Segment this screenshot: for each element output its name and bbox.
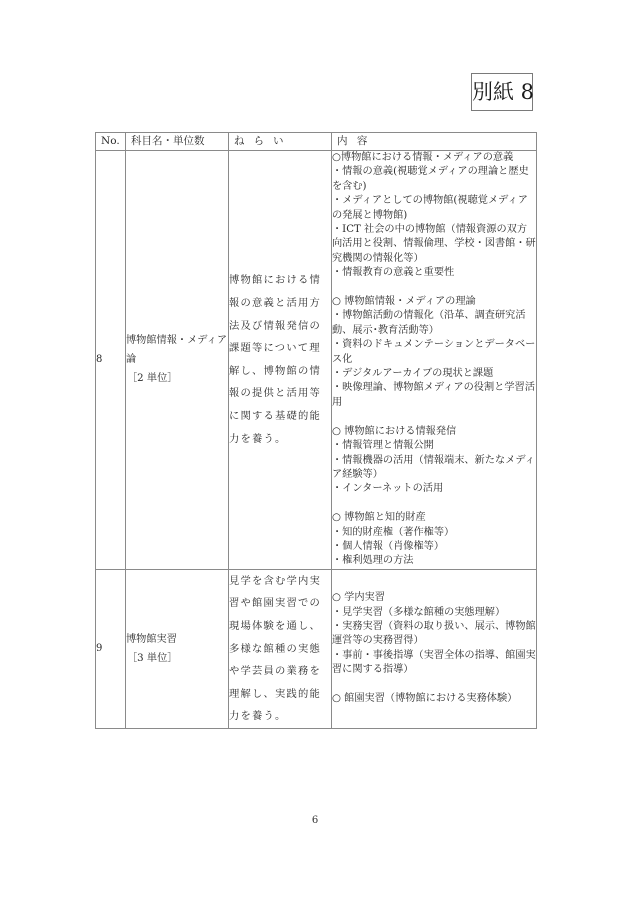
subject-name: 博物館実習 [126, 634, 177, 645]
content-item: ・実務実習（資料の取り扱い、展示、博物館運営等の実務習得） [332, 620, 536, 649]
subject-credits: ［2 単位］ [126, 369, 228, 388]
subject-cell: 博物館実習 ［3 単位］ [126, 569, 229, 728]
header-content: 内 容 [332, 133, 537, 151]
content-item: ・資料のドキュメンテーションとデータベース化 [332, 338, 536, 367]
content-item: ・情報管理と情報公開 [332, 439, 536, 453]
header-aim: ねらい [229, 133, 332, 151]
content-section: ○ 館園実習（博物館における実務体験） [332, 692, 536, 706]
content-section: ○ 博物館における情報発信 ・情報管理と情報公開 ・情報機器の活用（情報端末、新… [332, 425, 536, 497]
subject-name: 博物館情報・メディア論 [126, 335, 227, 365]
subject-cell: 博物館情報・メディア論 ［2 単位］ [126, 151, 229, 570]
content-heading: ○ 館園実習（博物館における実務体験） [332, 692, 536, 706]
content-section: ○ 学内実習 ・見学実習（多様な館種の実態理解） ・実務実習（資料の取り扱い、展… [332, 591, 536, 677]
content-item: ・インターネットの活用 [332, 482, 536, 496]
content-heading: ○ 博物館と知的財産 [332, 511, 536, 525]
content-heading: ○博物館における情報・メディアの意義 [332, 151, 536, 165]
page-number: 6 [0, 815, 630, 826]
content-item: ・デジタルアーカイブの現状と課題 [332, 367, 536, 381]
content-item: ・情報教育の意義と重要性 [332, 266, 536, 280]
content-heading: ○ 博物館における情報発信 [332, 425, 536, 439]
aim-cell: 博物館における情報の意義と活用方法及び情報発信の課題等について理解し、博物館の情… [229, 151, 332, 570]
row-number: 9 [96, 569, 126, 728]
content-section: ○ 博物館と知的財産 ・知的財産権（著作権等） ・個人情報（肖像権等） ・権利処… [332, 511, 536, 569]
content-item: ・事前・事後指導（実習全体の指導、館園実習に関する指導） [332, 649, 536, 678]
header-no: No. [96, 133, 126, 151]
content-cell: ○博物館における情報・メディアの意義 ・情報の意義(視聴覚メディアの理論と歴史を… [332, 151, 537, 570]
content-item: ・映像理論、博物館メディアの役割と学習活用 [332, 381, 536, 410]
content-cell: ○ 学内実習 ・見学実習（多様な館種の実態理解） ・実務実習（資料の取り扱い、展… [332, 569, 537, 728]
subject-credits: ［3 単位］ [126, 649, 228, 668]
content-item: ・権利処理の方法 [332, 554, 536, 568]
table-header-row: No. 科目名・単位数 ねらい 内 容 [96, 133, 537, 151]
curriculum-table: No. 科目名・単位数 ねらい 内 容 8 博物館情報・メディア論 ［2 単位］… [95, 132, 537, 729]
content-item: ・博物館活動の情報化（沿革、調査研究活動、展示･教育活動等） [332, 309, 536, 338]
content-item: ・見学実習（多様な館種の実態理解） [332, 606, 536, 620]
content-section: ○ 博物館情報・メディアの理論 ・博物館活動の情報化（沿革、調査研究活動、展示･… [332, 295, 536, 410]
content-item: ・情報の意義(視聴覚メディアの理論と歴史を含む) [332, 165, 536, 194]
header-subject: 科目名・単位数 [126, 133, 229, 151]
content-heading: ○ 博物館情報・メディアの理論 [332, 295, 536, 309]
content-item: ・情報機器の活用（情報端末、新たなメディア経験等） [332, 454, 536, 483]
content-item: ・知的財産権（著作権等） [332, 526, 536, 540]
row-number: 8 [96, 151, 126, 570]
table-row: 9 博物館実習 ［3 単位］ 見学を含む学内実習や館園実習での現場体験を通し、多… [96, 569, 537, 728]
content-item: ・ICT 社会の中の博物館（情報資源の双方向活用と役割、情報倫理、学校・図書館・… [332, 223, 536, 266]
attachment-label: 別紙 8 [471, 73, 533, 111]
table-row: 8 博物館情報・メディア論 ［2 単位］ 博物館における情報の意義と活用方法及び… [96, 151, 537, 570]
content-section: ○博物館における情報・メディアの意義 ・情報の意義(視聴覚メディアの理論と歴史を… [332, 151, 536, 281]
content-heading: ○ 学内実習 [332, 591, 536, 605]
content-item: ・個人情報（肖像権等） [332, 540, 536, 554]
content-item: ・メディアとしての博物館(視聴覚メディアの発展と博物館) [332, 194, 536, 223]
aim-cell: 見学を含む学内実習や館園実習での現場体験を通し、多様な館種の実態や学芸員の業務を… [229, 569, 332, 728]
